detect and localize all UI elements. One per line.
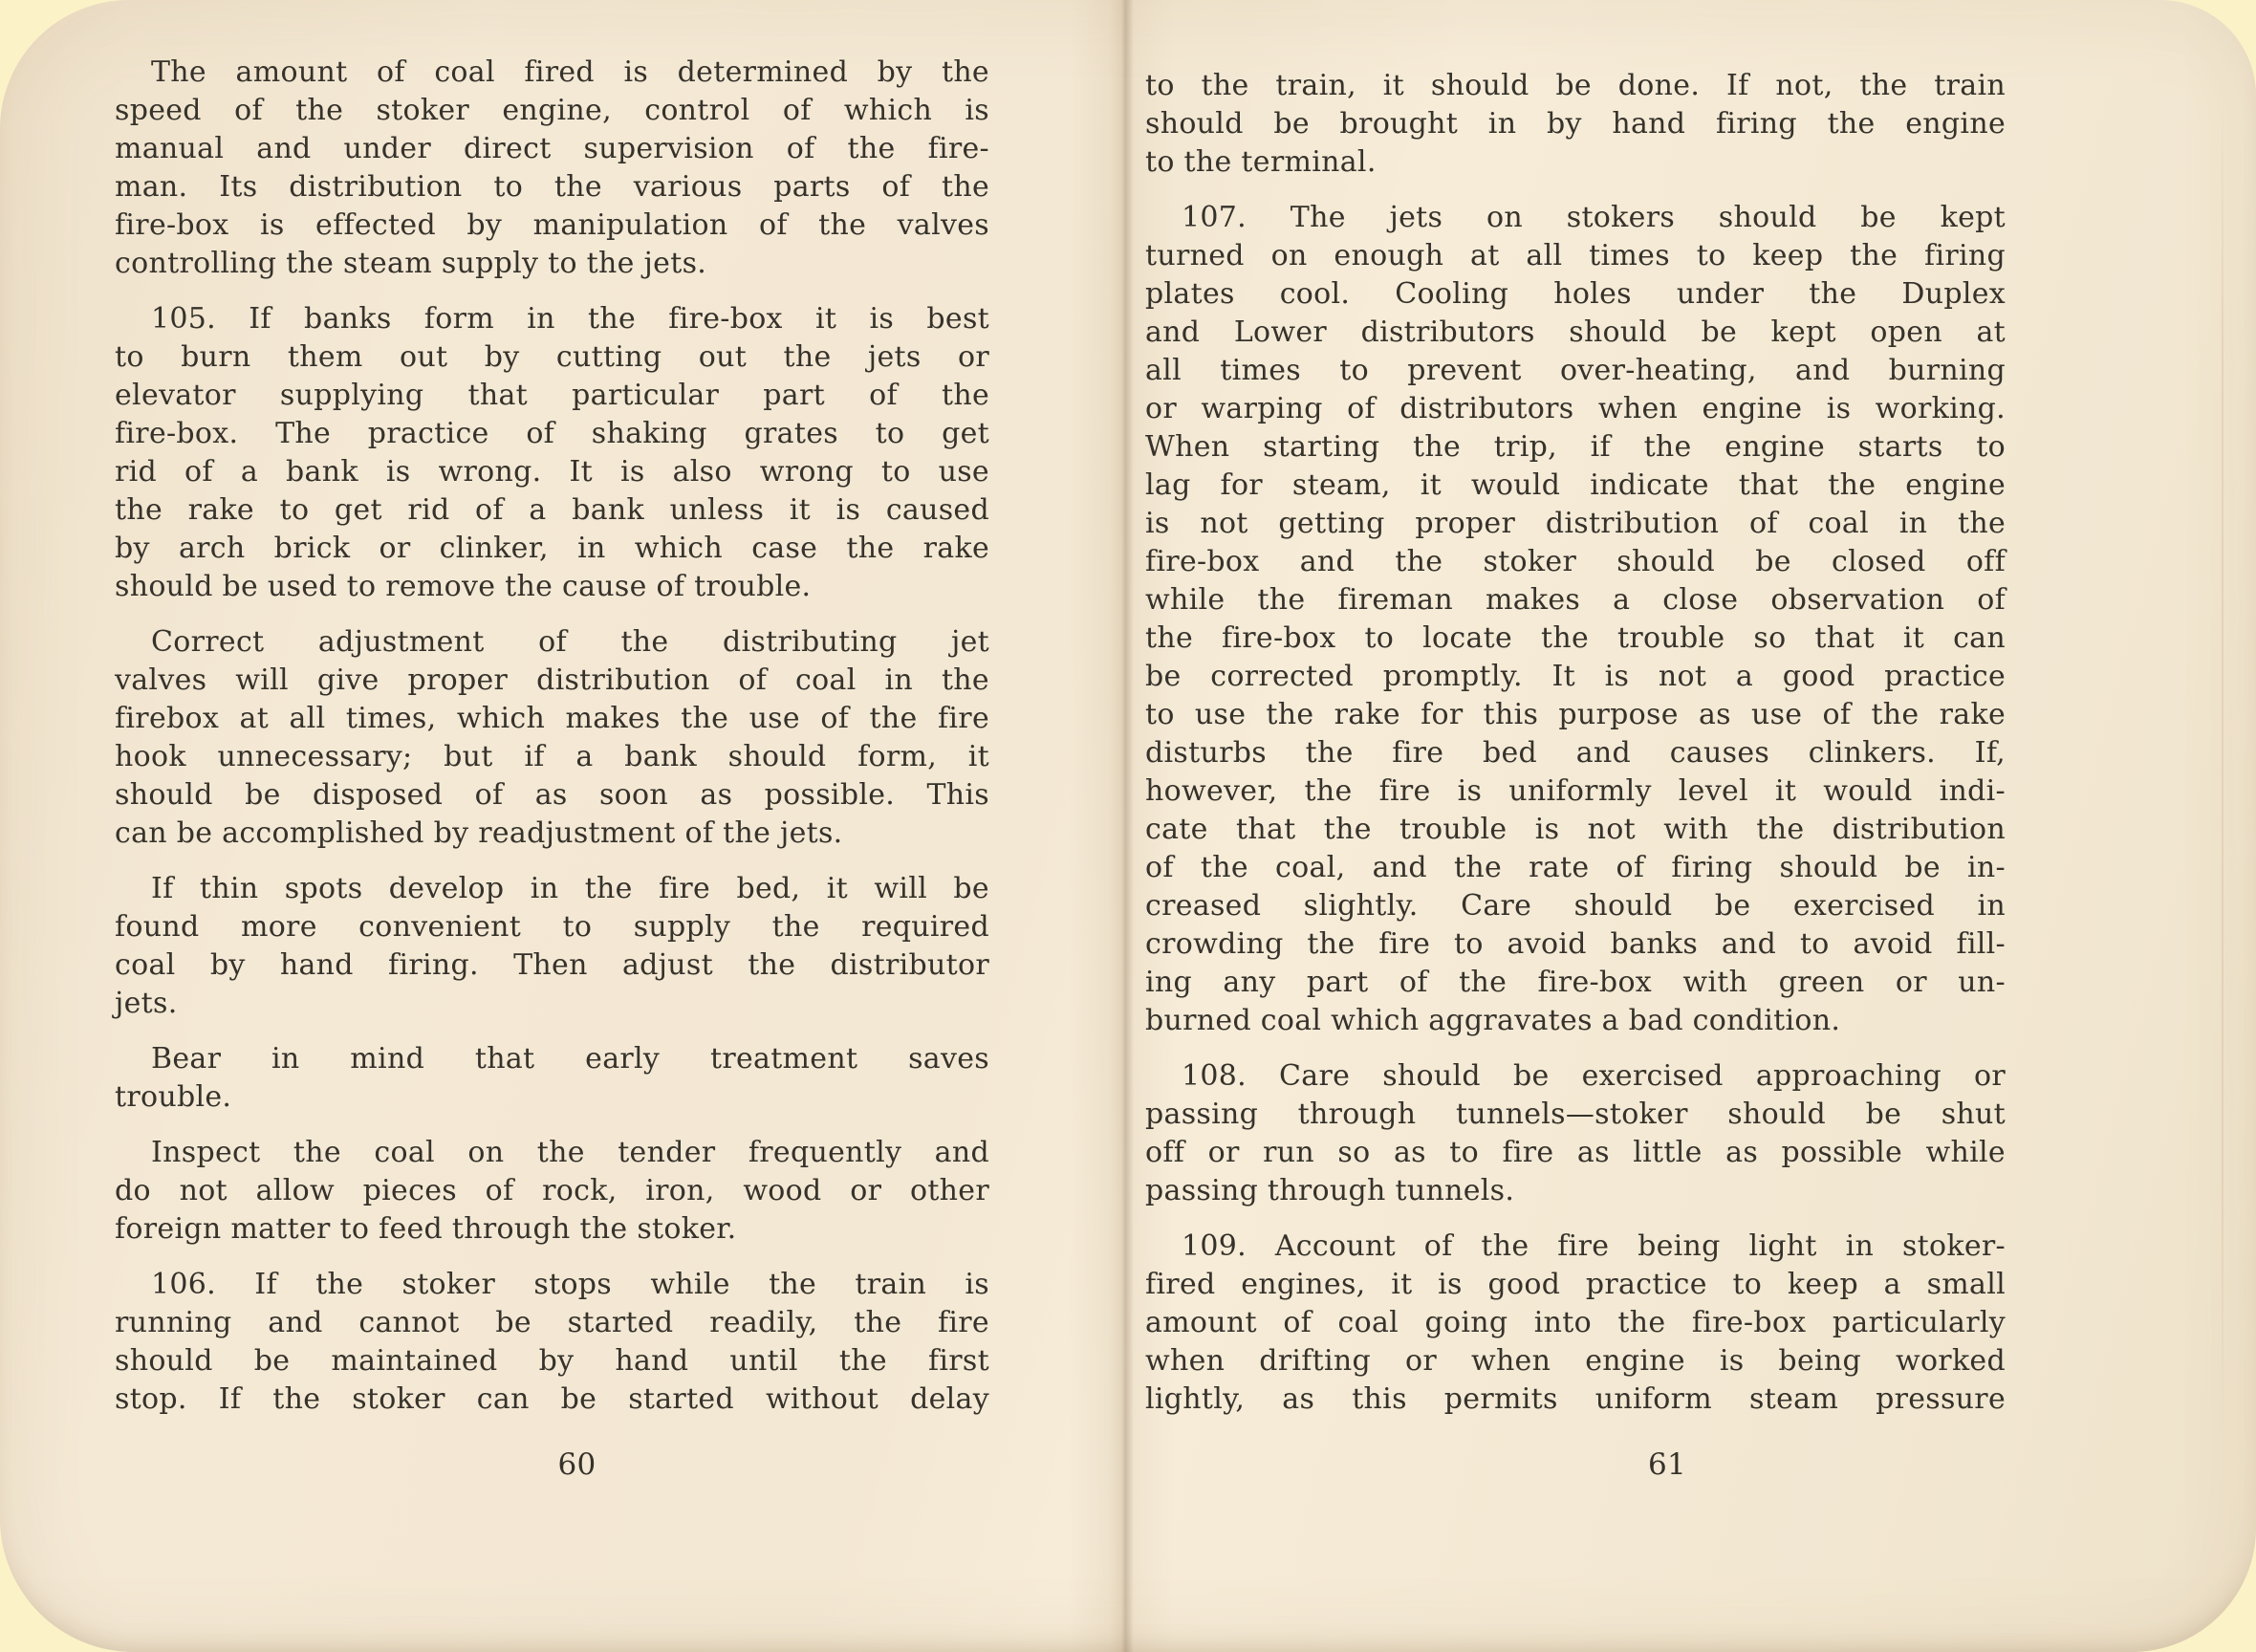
- text-line: Bear in mind that early treatment saves: [115, 1040, 989, 1078]
- text-line: all times to prevent over-heating, and b…: [1145, 352, 2006, 390]
- text-line: speed of the stoker engine, control of w…: [115, 92, 989, 130]
- text-line: however, the fire is uniformly level it …: [1145, 772, 2006, 811]
- text-line: passing through tunnels.: [1145, 1172, 2006, 1210]
- text-line: trouble.: [115, 1078, 989, 1117]
- text-line: can be accomplished by readjustment of t…: [115, 815, 989, 853]
- text-line: jets.: [115, 985, 989, 1023]
- page-text: The amount of coal fired is determined b…: [115, 54, 989, 1419]
- text-line: to the train, it should be done. If not,…: [1145, 67, 2006, 105]
- text-line: disturbs the fire bed and causes clinker…: [1145, 734, 2006, 772]
- text-line: manual and under direct supervision of t…: [115, 130, 989, 168]
- text-line: should be brought in by hand firing the …: [1145, 105, 2006, 143]
- text-line: off or run so as to fire as little as po…: [1145, 1134, 2006, 1172]
- text-line: or warping of distributors when engine i…: [1145, 390, 2006, 428]
- text-line: amount of coal going into the fire-box p…: [1145, 1304, 2006, 1342]
- text-line: ing any part of the fire-box with green …: [1145, 964, 2006, 1002]
- text-line: passing through tunnels—stoker should be…: [1145, 1096, 2006, 1134]
- page-number: 61: [1237, 1445, 2097, 1484]
- text-line: lightly, as this permits uniform steam p…: [1145, 1380, 2006, 1419]
- text-line: Inspect the coal on the tender frequentl…: [115, 1134, 989, 1172]
- page-text: to the train, it should be done. If not,…: [1145, 67, 2006, 1419]
- text-line: the fire-box to locate the trouble so th…: [1145, 619, 2006, 658]
- text-line: turned on enough at all times to keep th…: [1145, 237, 2006, 275]
- paragraph: 105. If banks form in the fire-box it is…: [115, 300, 989, 606]
- text-line: The amount of coal fired is determined b…: [115, 54, 989, 92]
- paragraph: The amount of coal fired is determined b…: [115, 54, 989, 283]
- text-line: is not getting proper distribution of co…: [1145, 505, 2006, 543]
- text-line: cate that the trouble is not with the di…: [1145, 811, 2006, 849]
- text-line: 105. If banks form in the fire-box it is…: [115, 300, 989, 338]
- paragraph: Inspect the coal on the tender frequentl…: [115, 1134, 989, 1249]
- text-line: Correct adjustment of the distributing j…: [115, 623, 989, 662]
- text-line: fired engines, it is good practice to ke…: [1145, 1266, 2006, 1304]
- text-line: found more convenient to supply the requ…: [115, 908, 989, 946]
- text-line: to burn them out by cutting out the jets…: [115, 338, 989, 377]
- text-line: firebox at all times, which makes the us…: [115, 700, 989, 738]
- text-line: should be maintained by hand until the f…: [115, 1342, 989, 1380]
- text-line: man. Its distribution to the various par…: [115, 168, 989, 206]
- text-line: running and cannot be started readily, t…: [115, 1304, 989, 1342]
- text-line: of the coal, and the rate of firing shou…: [1145, 849, 2006, 887]
- paragraph: 106. If the stoker stops while the train…: [115, 1266, 989, 1419]
- text-line: hook unnecessary; but if a bank should f…: [115, 738, 989, 776]
- text-line: do not allow pieces of rock, iron, wood …: [115, 1172, 989, 1210]
- page-edge-line: [2222, 86, 2223, 1441]
- text-line: When starting the trip, if the engine st…: [1145, 428, 2006, 467]
- text-line: valves will give proper distribution of …: [115, 662, 989, 700]
- text-line: when drifting or when engine is being wo…: [1145, 1342, 2006, 1380]
- paragraph: Bear in mind that early treatment savest…: [115, 1040, 989, 1117]
- text-line: to the terminal.: [1145, 143, 2006, 182]
- text-line: by arch brick or clinker, in which case …: [115, 530, 989, 568]
- text-line: fire-box. The practice of shaking grates…: [115, 415, 989, 453]
- text-line: 109. Account of the fire being light in …: [1145, 1228, 2006, 1266]
- paragraph: Correct adjustment of the distributing j…: [115, 623, 989, 853]
- text-line: crowding the fire to avoid banks and to …: [1145, 925, 2006, 964]
- paragraph: If thin spots develop in the fire bed, i…: [115, 870, 989, 1023]
- text-line: 108. Care should be exercised approachin…: [1145, 1057, 2006, 1096]
- text-line: plates cool. Cooling holes under the Dup…: [1145, 275, 2006, 314]
- paragraph: 109. Account of the fire being light in …: [1145, 1228, 2006, 1419]
- book-page-spread: The amount of coal fired is determined b…: [0, 0, 2256, 1652]
- text-line: be corrected promptly. It is not a good …: [1145, 658, 2006, 696]
- text-line: rid of a bank is wrong. It is also wrong…: [115, 453, 989, 491]
- text-line: elevator supplying that particular part …: [115, 377, 989, 415]
- text-line: If thin spots develop in the fire bed, i…: [115, 870, 989, 908]
- text-line: 107. The jets on stokers should be kept: [1145, 199, 2006, 237]
- text-line: stop. If the stoker can be started witho…: [115, 1380, 989, 1419]
- paragraph: to the train, it should be done. If not,…: [1145, 67, 2006, 182]
- text-line: fire-box and the stoker should be closed…: [1145, 543, 2006, 581]
- text-line: to use the rake for this purpose as use …: [1145, 696, 2006, 734]
- text-line: and Lower distributors should be kept op…: [1145, 314, 2006, 352]
- page-left: The amount of coal fired is determined b…: [115, 54, 989, 1484]
- text-line: the rake to get rid of a bank unless it …: [115, 491, 989, 530]
- paragraph: 107. The jets on stokers should be keptt…: [1145, 199, 2006, 1040]
- text-line: controlling the steam supply to the jets…: [115, 245, 989, 283]
- text-line: 106. If the stoker stops while the train…: [115, 1266, 989, 1304]
- text-line: while the fireman makes a close observat…: [1145, 581, 2006, 619]
- text-line: should be disposed of as soon as possibl…: [115, 776, 989, 815]
- text-line: coal by hand firing. Then adjust the dis…: [115, 946, 989, 985]
- text-line: foreign matter to feed through the stoke…: [115, 1210, 989, 1249]
- paragraph: 108. Care should be exercised approachin…: [1145, 1057, 2006, 1210]
- text-line: fire-box is effected by manipulation of …: [115, 206, 989, 245]
- text-line: creased slightly. Care should be exercis…: [1145, 887, 2006, 925]
- page-number: 60: [140, 1445, 1014, 1484]
- text-line: should be used to remove the cause of tr…: [115, 568, 989, 606]
- text-line: burned coal which aggravates a bad condi…: [1145, 1002, 2006, 1040]
- text-line: lag for steam, it would indicate that th…: [1145, 467, 2006, 505]
- page-right: to the train, it should be done. If not,…: [1145, 67, 2006, 1484]
